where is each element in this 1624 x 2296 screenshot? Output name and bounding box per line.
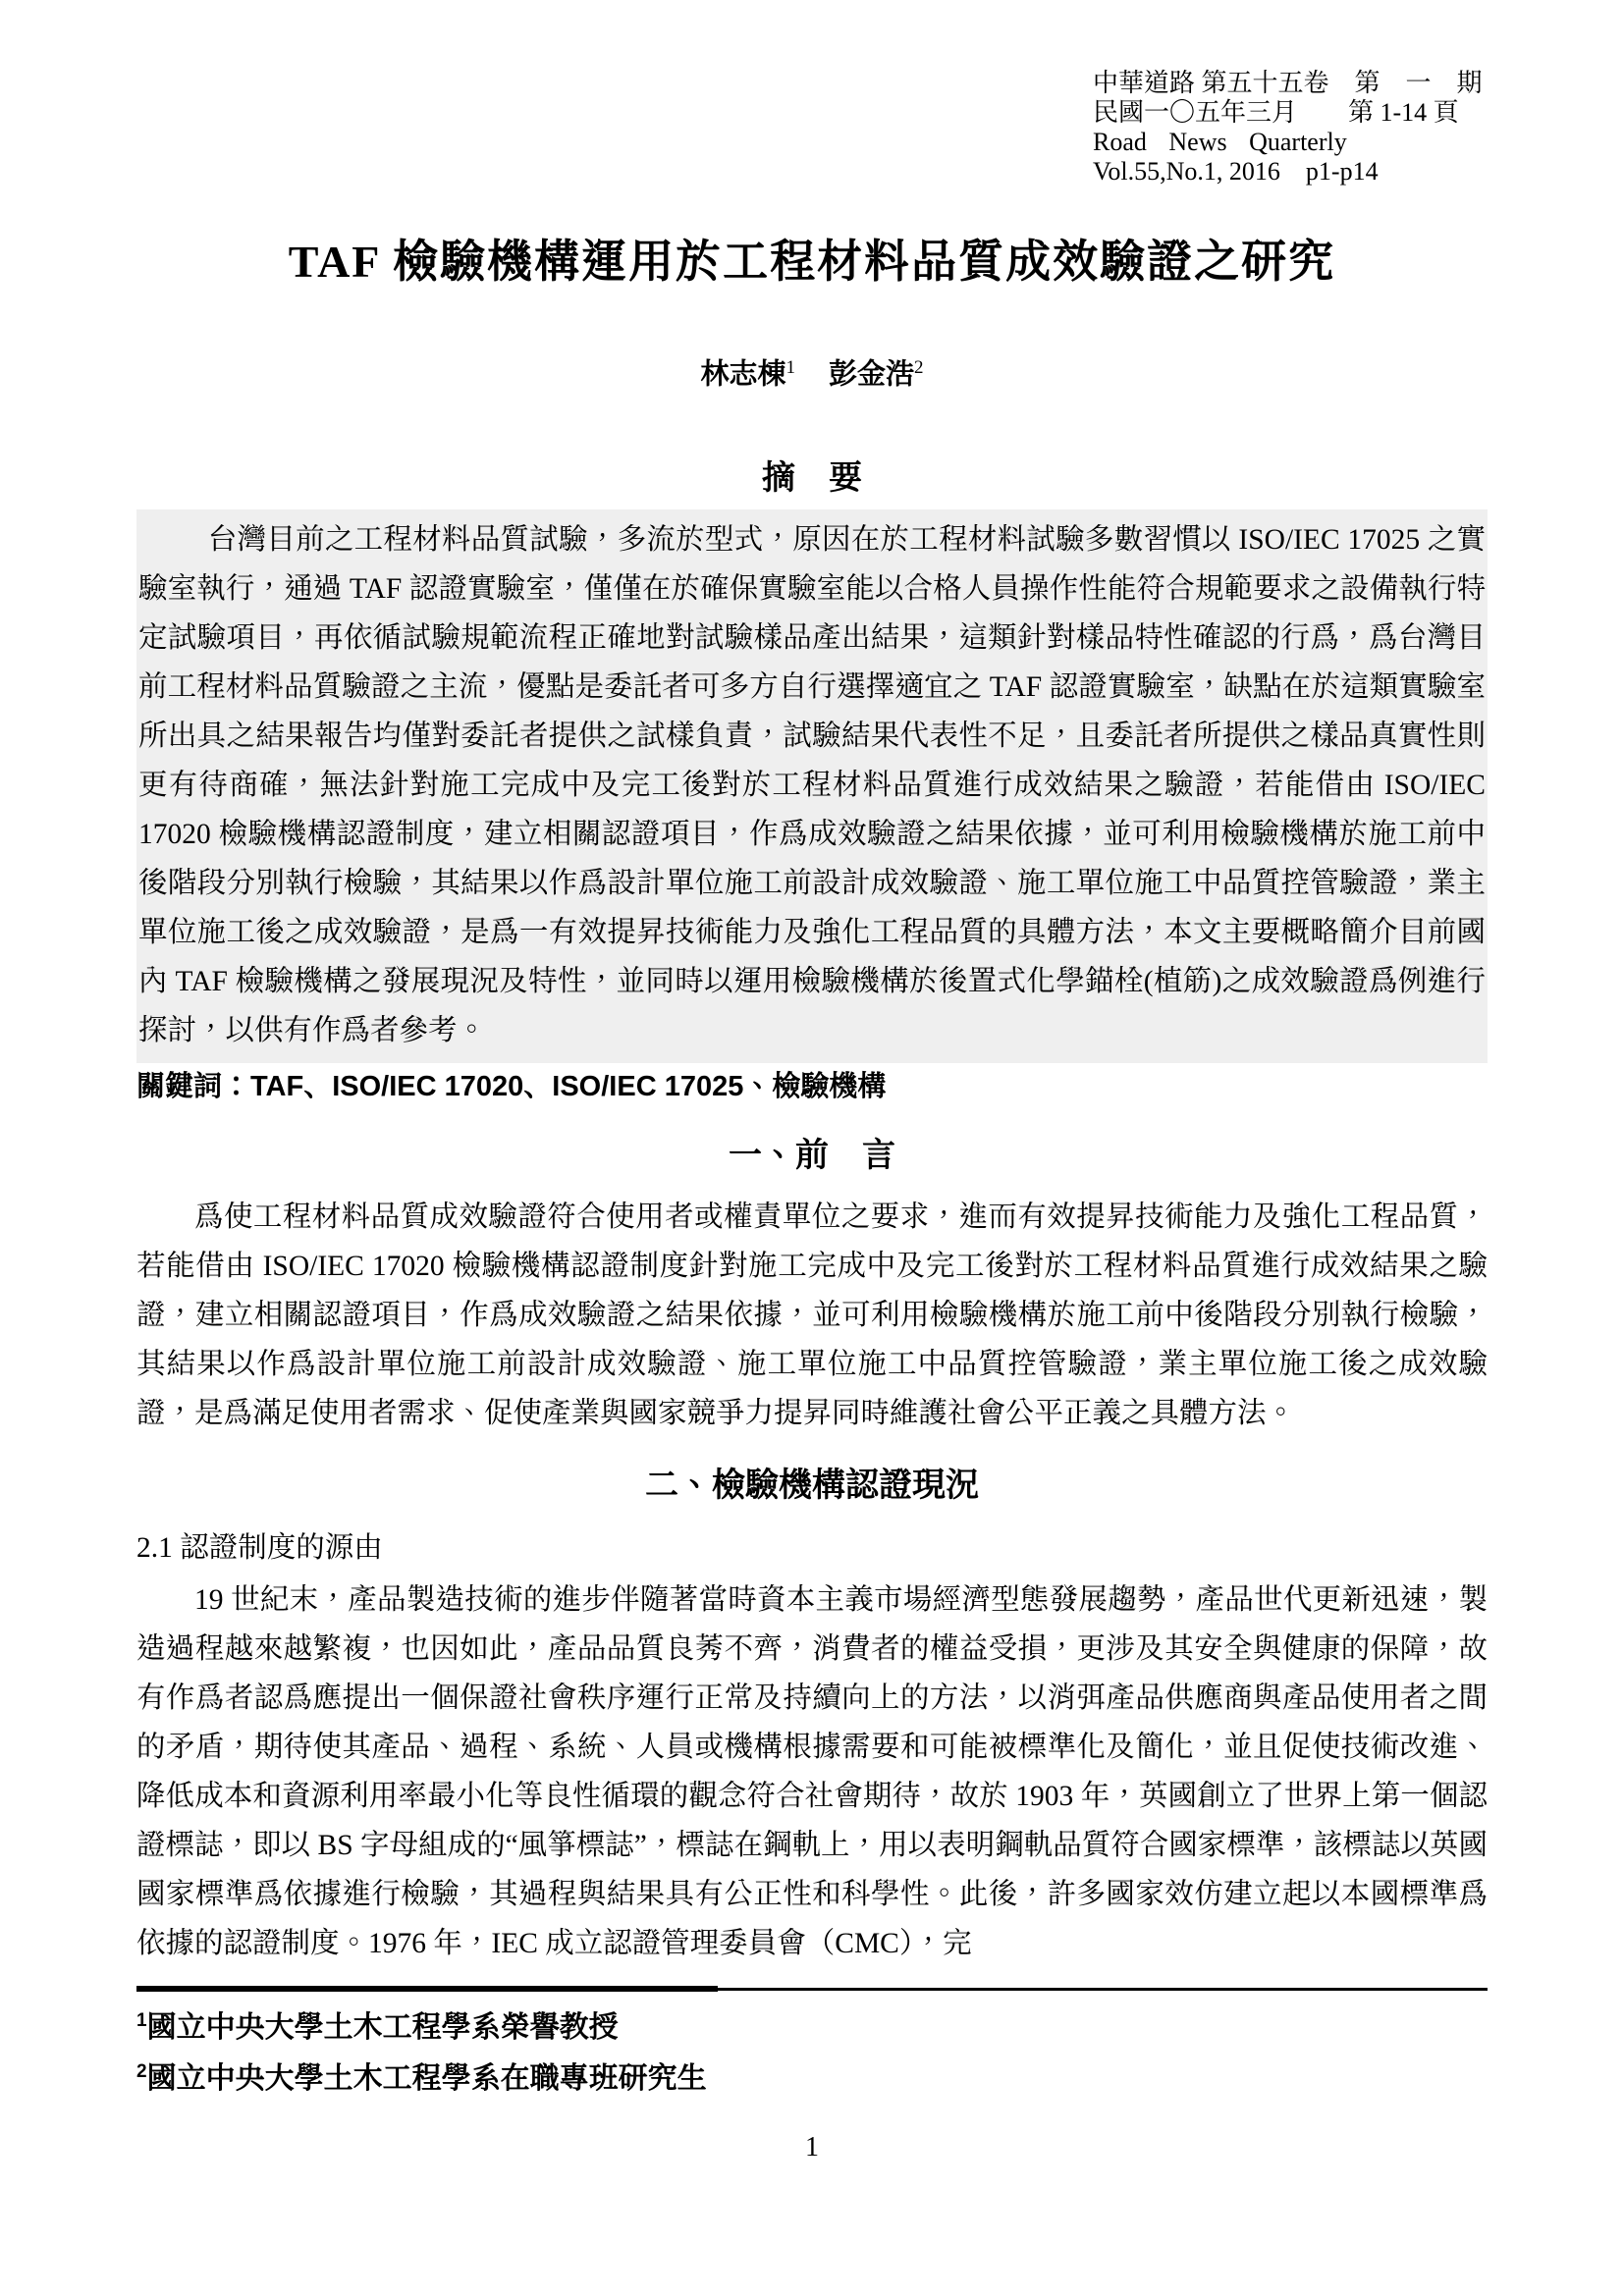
footnote-item: 1國立中央大學土木工程學系榮譽教授 bbox=[136, 1999, 1488, 2050]
journal-header-line-date: 民國一〇五年三月 第 1-14 頁 bbox=[1093, 98, 1488, 128]
abstract-box: 台灣目前之工程材料品質試驗，多流於型式，原因在於工程材料試驗多數習慣以 ISO/… bbox=[136, 509, 1488, 1063]
footnotes-block: 1國立中央大學土木工程學系榮譽教授 2國立中央大學土木工程學系在職專班研究生 bbox=[136, 1999, 1488, 2101]
section-2-heading: 二、檢驗機構認證現況 bbox=[136, 1464, 1488, 1507]
keywords-line: 關鍵詞：TAF、ISO/IEC 17020、ISO/IEC 17025、檢驗機構 bbox=[136, 1065, 1488, 1108]
section-2-paragraph: 19 世紀末，產品製造技術的進步伴隨著當時資本主義市場經濟型態發展趨勢，產品世代… bbox=[136, 1575, 1488, 1968]
page-number: 1 bbox=[0, 2132, 1624, 2163]
footnote-marker: 1 bbox=[136, 2010, 147, 2031]
document-page: 中華道路 第五十五卷 第 一 期 民國一〇五年三月 第 1-14 頁 Road … bbox=[0, 0, 1624, 2296]
author-footnote-mark: 2 bbox=[914, 357, 924, 378]
author-name: 林志棟 bbox=[700, 359, 785, 391]
section-1-paragraph: 爲使工程材料品質成效驗證符合使用者或權責單位之要求，進而有效提昇技術能力及強化工… bbox=[136, 1193, 1488, 1438]
abstract-heading: 摘 要 bbox=[136, 456, 1488, 500]
author-footnote-mark: 1 bbox=[786, 357, 796, 378]
journal-header-line-volume: 中華道路 第五十五卷 第 一 期 bbox=[1093, 69, 1488, 98]
paper-title: TAF 檢驗機構運用於工程材料品質成效驗證之研究 bbox=[136, 232, 1488, 293]
journal-header: 中華道路 第五十五卷 第 一 期 民國一〇五年三月 第 1-14 頁 Road … bbox=[1093, 69, 1488, 187]
author-name: 彭金浩 bbox=[829, 359, 914, 391]
footnote-marker: 2 bbox=[136, 2061, 147, 2082]
footnote-item: 2國立中央大學土木工程學系在職專班研究生 bbox=[136, 2050, 1488, 2101]
abstract-text: 台灣目前之工程材料品質試驗，多流於型式，原因在於工程材料試驗多數習慣以 ISO/… bbox=[138, 515, 1486, 1055]
section-1-heading: 一、前 言 bbox=[136, 1134, 1488, 1177]
footnote-text: 國立中央大學土木工程學系在職專班研究生 bbox=[147, 2062, 707, 2095]
footnote-separator bbox=[136, 1986, 1488, 1993]
section-2-1-subheading: 2.1 認證制度的源由 bbox=[136, 1526, 1488, 1570]
footnote-text: 國立中央大學土木工程學系榮譽教授 bbox=[147, 2011, 619, 2044]
authors-line: 林志棟1彭金浩2 bbox=[136, 347, 1488, 396]
journal-header-line-volume-english: Vol.55,No.1, 2016 p1-p14 bbox=[1093, 157, 1488, 187]
journal-header-line-english-title: Road News Quarterly bbox=[1093, 128, 1488, 157]
footnote-separator-thick-segment bbox=[136, 1986, 718, 1992]
